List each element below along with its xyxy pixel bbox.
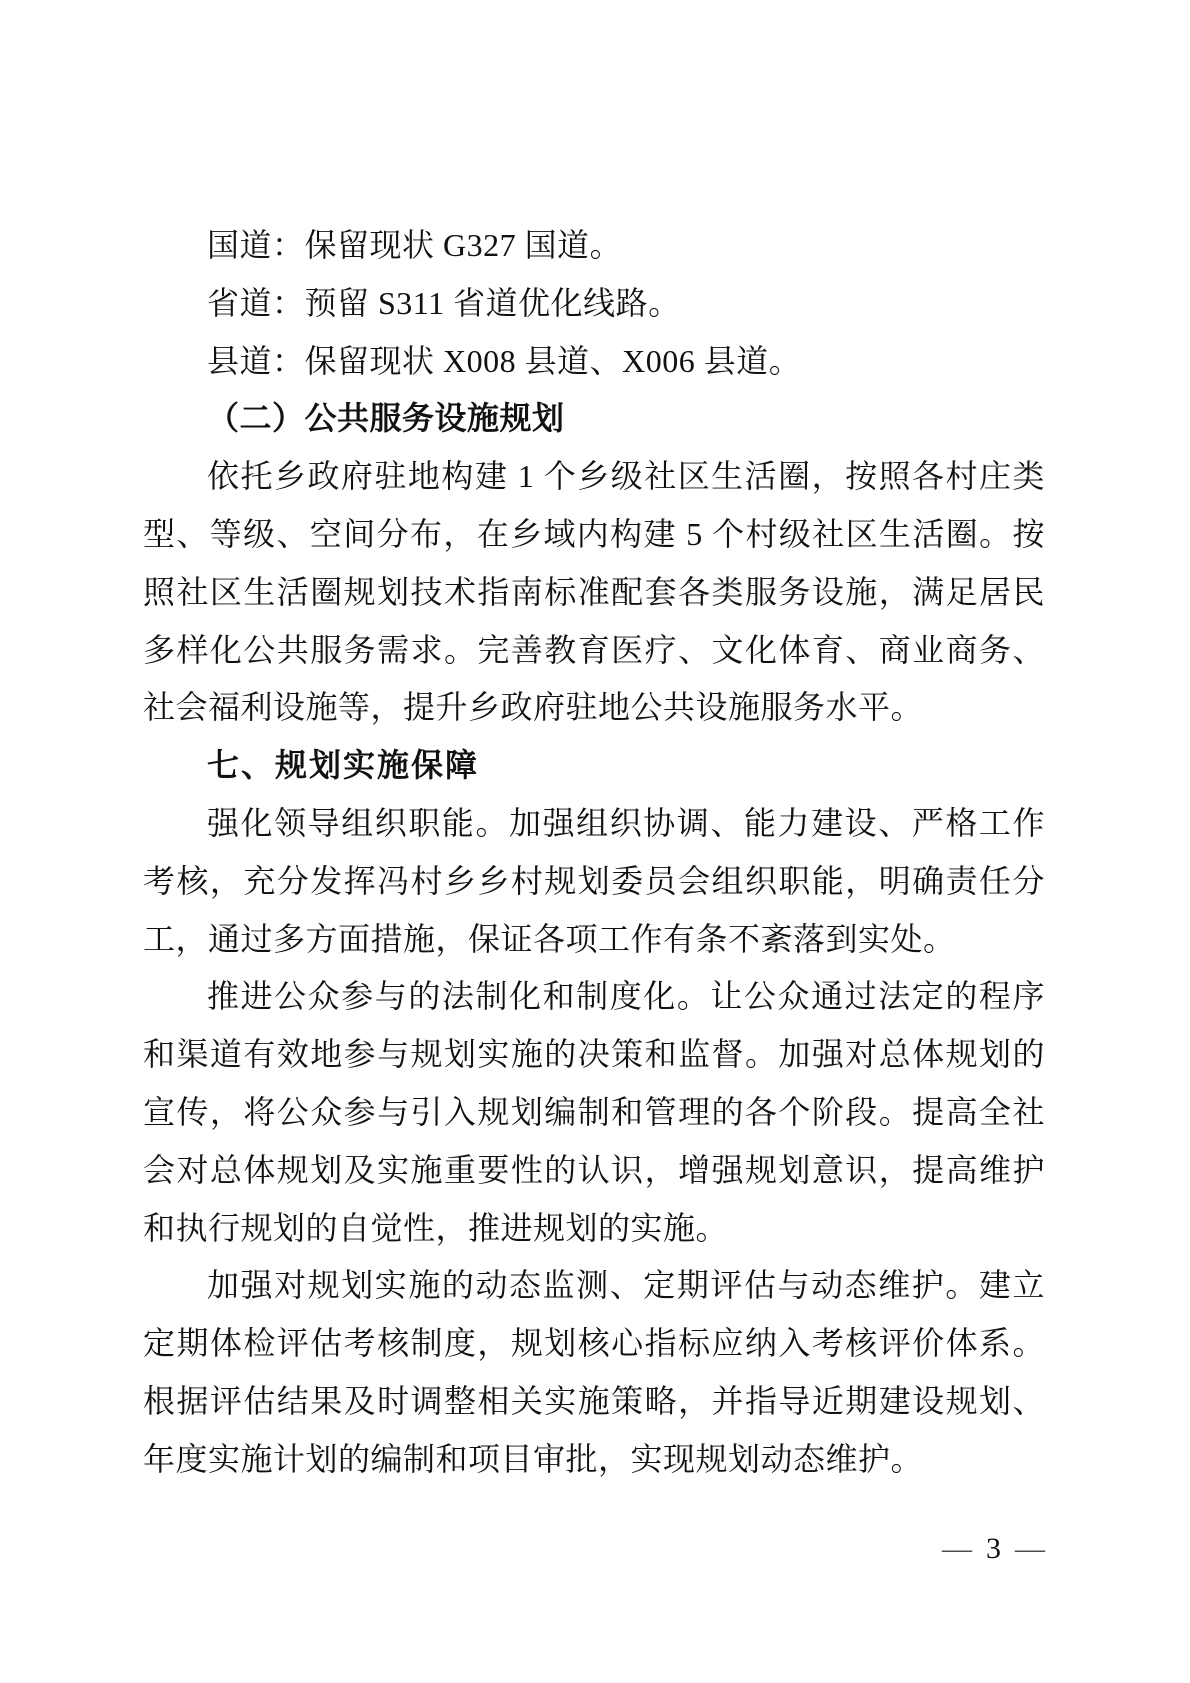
section-heading-implementation: 七、规划实施保障 — [143, 737, 1045, 795]
document-page: 国道：保留现状 G327 国道。 省道：预留 S311 省道优化线路。 县道：保… — [0, 0, 1190, 1683]
page-number-dash-left: — — [942, 1532, 972, 1565]
section-heading-public-services: （二）公共服务设施规划 — [143, 390, 1045, 448]
road-line-provincial: 省道：预留 S311 省道优化线路。 — [143, 275, 1045, 333]
paragraph-implementation-public-participation: 推进公众参与的法制化和制度化。让公众通过法定的程序和渠道有效地参与规划实施的决策… — [143, 968, 1045, 1257]
document-body: 国道：保留现状 G327 国道。 省道：预留 S311 省道优化线路。 县道：保… — [143, 217, 1045, 1489]
paragraph-implementation-monitoring: 加强对规划实施的动态监测、定期评估与动态维护。建立定期体检评估考核制度，规划核心… — [143, 1257, 1045, 1488]
page-number-value: 3 — [986, 1532, 1001, 1565]
road-line-county: 县道：保留现状 X008 县道、X006 县道。 — [143, 333, 1045, 391]
paragraph-implementation-leadership: 强化领导组织职能。加强组织协调、能力建设、严格工作考核，充分发挥冯村乡乡村规划委… — [143, 795, 1045, 968]
page-number: —3— — [942, 1527, 1045, 1571]
page-number-dash-right: — — [1015, 1532, 1045, 1565]
paragraph-public-services: 依托乡政府驻地构建 1 个乡级社区生活圈，按照各村庄类型、等级、空间分布，在乡域… — [143, 448, 1045, 737]
road-line-national: 国道：保留现状 G327 国道。 — [143, 217, 1045, 275]
